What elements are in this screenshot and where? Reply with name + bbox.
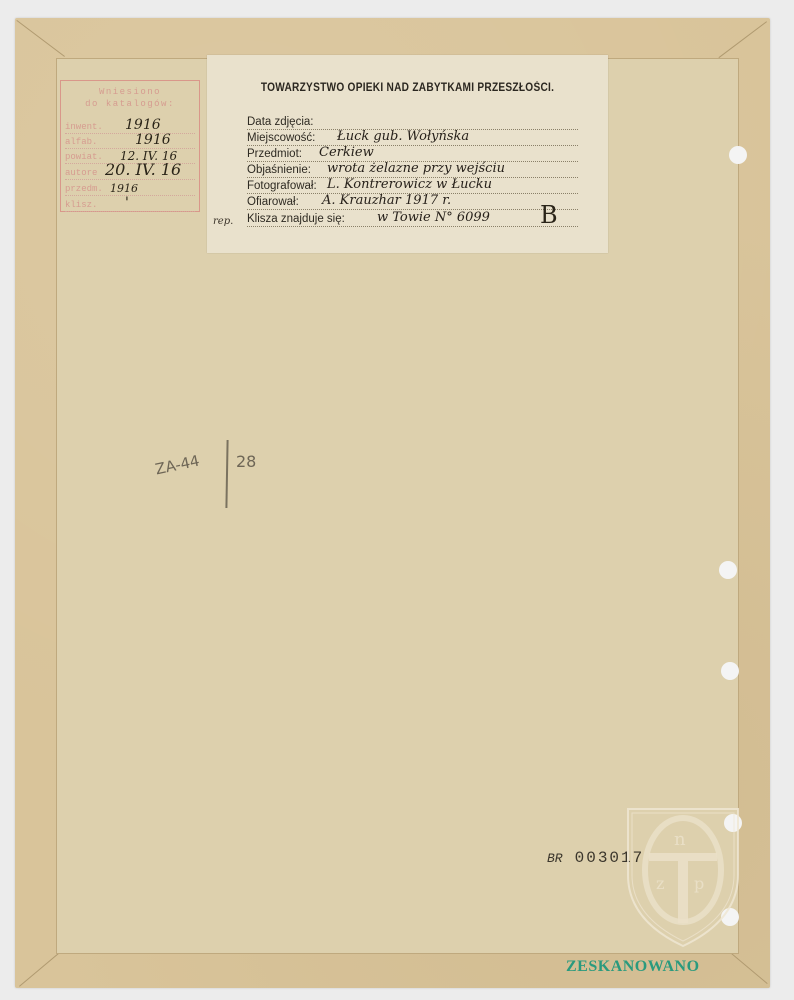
stamp-row-klisz: klisz. '	[65, 197, 195, 212]
corner-fold-top-left	[16, 20, 65, 57]
field-plate-location: Klisza znajduje się: w Towie N° 6099	[247, 210, 578, 227]
margin-note: rep.	[213, 216, 233, 227]
photo-label-card: TOWARZYSTWO OPIEKI NAD ZABYTKAMI PRZESZŁ…	[207, 55, 608, 253]
catalog-stamp: Wniesiono do katalogów: inwent. 1916 alf…	[60, 80, 200, 212]
stamp-subheading: do katalogów:	[61, 99, 199, 109]
svg-text:p: p	[694, 874, 704, 893]
field-photo-date: Data zdjęcia:	[247, 113, 578, 130]
field-object: Przedmiot: Cerkiew	[247, 145, 578, 162]
plate-suffix: B	[540, 201, 558, 229]
stamp-row-przedm: przedm. 1916	[65, 181, 195, 196]
field-photographer: Fotografował: L. Kontrerowicz w Łucku	[247, 177, 578, 194]
svg-text:z: z	[656, 874, 664, 893]
stamp-row-alfab: alfab. 1916	[65, 134, 195, 149]
corner-fold-top-right	[718, 21, 767, 58]
punch-hole	[721, 662, 739, 680]
scanned-stamp: ZESKANOWANO	[566, 958, 700, 976]
stamp-row-autore: autore 20. IV. 16	[65, 165, 195, 180]
stamp-heading: Wniesiono	[61, 87, 199, 97]
watermark-emblem-icon: n z p	[624, 805, 742, 950]
svg-text:n: n	[674, 829, 686, 850]
catalog-prefix: BR	[547, 851, 563, 866]
punch-hole	[729, 146, 747, 164]
card-title: TOWARZYSTWO OPIEKI NAD ZABYTKAMI PRZESZŁ…	[231, 82, 584, 94]
pencil-note-right: 28	[236, 452, 256, 471]
field-donor: Ofiarował: A. Krauzhar 1917 r.	[247, 193, 578, 210]
stamp-row-inwent: inwent. 1916	[65, 119, 195, 134]
field-description: Objaśnienie: wrota żelazne przy wejściu	[247, 161, 578, 178]
punch-hole	[719, 561, 737, 579]
field-location: Miejscowość: Łuck gub. Wołyńska	[247, 129, 578, 146]
